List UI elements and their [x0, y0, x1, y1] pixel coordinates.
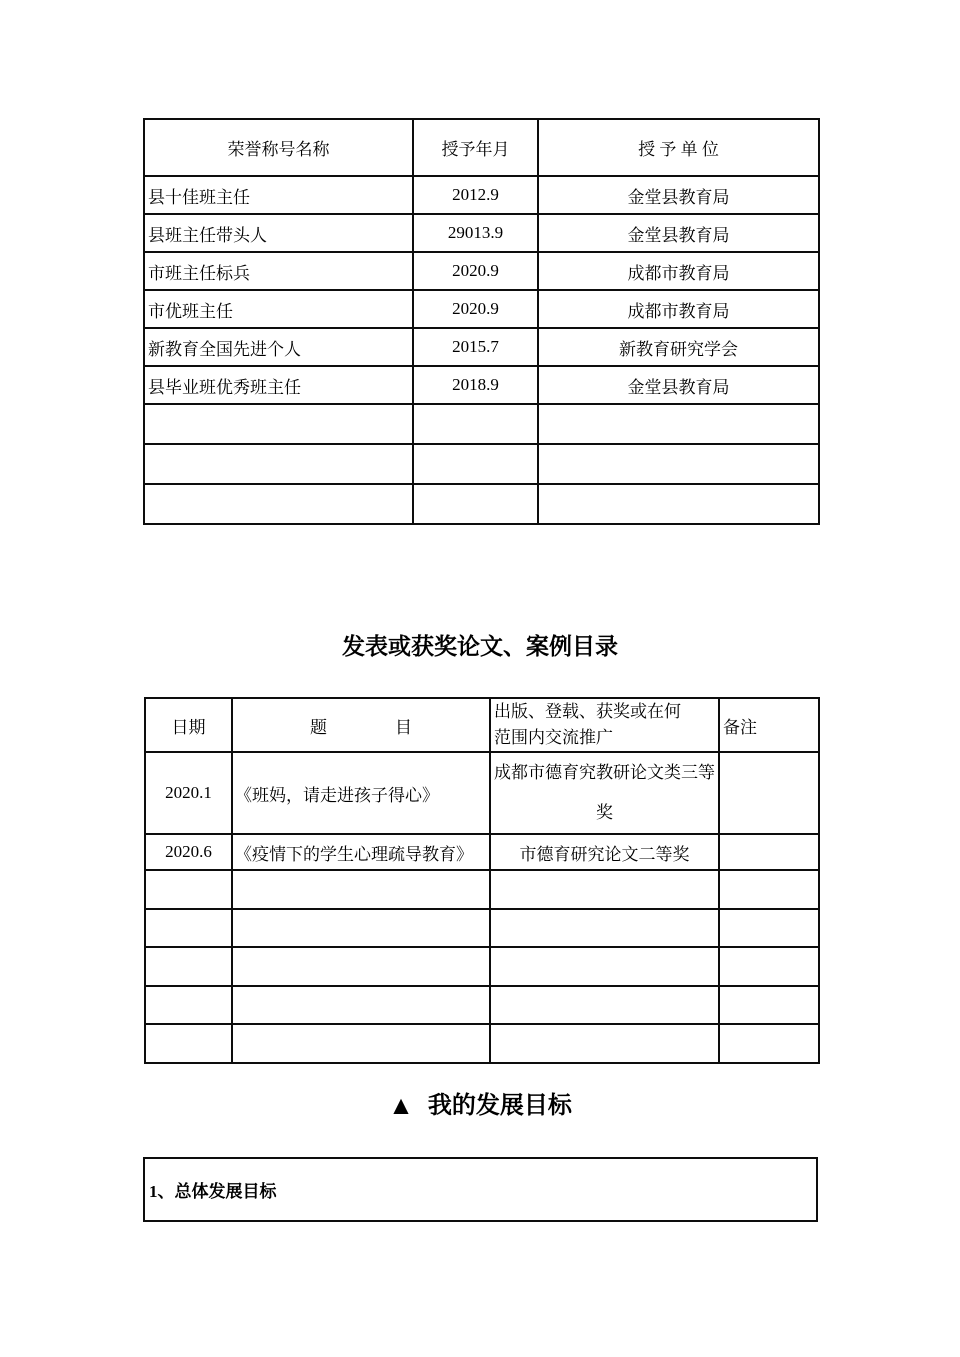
honor-date: 29013.9 [413, 214, 538, 252]
honors-table-header-row: 荣誉称号名称 授予年月 授 予 单 位 [144, 119, 819, 176]
paper-award [490, 947, 719, 986]
honor-unit [538, 484, 819, 524]
papers-header-title: 题 目 [232, 698, 490, 752]
table-row [144, 404, 819, 444]
papers-table-header-row: 日期 题 目 出版、登载、获奖或在何 范围内交流推广 备注 [145, 698, 819, 752]
honor-unit: 金堂县教育局 [538, 366, 819, 404]
honor-name [144, 404, 413, 444]
goals-section-title: ▲我的发展目标 [0, 1088, 960, 1122]
honor-date: 2018.9 [413, 366, 538, 404]
paper-date [145, 947, 232, 986]
honor-name: 县十佳班主任 [144, 176, 413, 214]
paper-note [719, 870, 819, 909]
overall-goals-label: 1、总体发展目标 [149, 1177, 277, 1202]
table-row [145, 870, 819, 909]
table-row [145, 947, 819, 986]
honor-unit: 成都市教育局 [538, 290, 819, 328]
paper-title: 《疫情下的学生心理疏导教育》 [232, 834, 490, 870]
table-row [144, 484, 819, 524]
table-row: 县十佳班主任 2012.9 金堂县教育局 [144, 176, 819, 214]
honor-date [413, 404, 538, 444]
paper-date: 2020.1 [145, 752, 232, 834]
honors-header-name: 荣誉称号名称 [144, 119, 413, 176]
paper-date [145, 870, 232, 909]
paper-date [145, 1024, 232, 1063]
paper-note [719, 909, 819, 948]
paper-note [719, 947, 819, 986]
paper-award [490, 870, 719, 909]
paper-title [232, 870, 490, 909]
honors-table: 荣誉称号名称 授予年月 授 予 单 位 县十佳班主任 2012.9 金堂县教育局… [143, 118, 820, 525]
paper-note [719, 834, 819, 870]
table-row: 县班主任带头人 29013.9 金堂县教育局 [144, 214, 819, 252]
honor-unit [538, 444, 819, 484]
paper-title [232, 909, 490, 948]
overall-goals-box: 1、总体发展目标 [143, 1157, 818, 1222]
paper-title [232, 947, 490, 986]
table-row: 2020.6 《疫情下的学生心理疏导教育》 市德育研究论文二等奖 [145, 834, 819, 870]
honor-name: 县毕业班优秀班主任 [144, 366, 413, 404]
honor-date: 2015.7 [413, 328, 538, 366]
paper-award: 成都市德育究教研论文类三等 奖 [490, 752, 719, 834]
table-row: 新教育全国先进个人 2015.7 新教育研究学会 [144, 328, 819, 366]
paper-date [145, 986, 232, 1025]
table-row [145, 986, 819, 1025]
table-row [144, 444, 819, 484]
paper-award [490, 986, 719, 1025]
honor-name [144, 444, 413, 484]
honors-header-unit: 授 予 单 位 [538, 119, 819, 176]
honor-name: 新教育全国先进个人 [144, 328, 413, 366]
papers-header-award: 出版、登载、获奖或在何 范围内交流推广 [490, 698, 719, 752]
honor-name: 市优班主任 [144, 290, 413, 328]
paper-note [719, 1024, 819, 1063]
honor-date: 2020.9 [413, 290, 538, 328]
honor-date [413, 484, 538, 524]
paper-award [490, 1024, 719, 1063]
paper-note [719, 986, 819, 1025]
paper-title [232, 986, 490, 1025]
honor-unit: 金堂县教育局 [538, 176, 819, 214]
honor-date [413, 444, 538, 484]
paper-title [232, 1024, 490, 1063]
honor-date: 2020.9 [413, 252, 538, 290]
paper-note [719, 752, 819, 834]
table-row: 2020.1 《班妈，请走进孩子得心》 成都市德育究教研论文类三等 奖 [145, 752, 819, 834]
honor-unit: 金堂县教育局 [538, 214, 819, 252]
paper-date [145, 909, 232, 948]
honor-name: 县班主任带头人 [144, 214, 413, 252]
table-row [145, 909, 819, 948]
goals-title-text: 我的发展目标 [428, 1093, 572, 1119]
honor-unit: 新教育研究学会 [538, 328, 819, 366]
papers-section-title: 发表或获奖论文、案例目录 [0, 632, 960, 662]
honor-unit [538, 404, 819, 444]
paper-date: 2020.6 [145, 834, 232, 870]
paper-award [490, 909, 719, 948]
table-row [145, 1024, 819, 1063]
papers-header-date: 日期 [145, 698, 232, 752]
triangle-icon: ▲ [388, 1089, 414, 1123]
honor-name [144, 484, 413, 524]
papers-header-note: 备注 [719, 698, 819, 752]
table-row: 市优班主任 2020.9 成都市教育局 [144, 290, 819, 328]
honor-date: 2012.9 [413, 176, 538, 214]
table-row: 市班主任标兵 2020.9 成都市教育局 [144, 252, 819, 290]
honor-name: 市班主任标兵 [144, 252, 413, 290]
honor-unit: 成都市教育局 [538, 252, 819, 290]
paper-award: 市德育研究论文二等奖 [490, 834, 719, 870]
document-page: 荣誉称号名称 授予年月 授 予 单 位 县十佳班主任 2012.9 金堂县教育局… [0, 0, 960, 1357]
table-row: 县毕业班优秀班主任 2018.9 金堂县教育局 [144, 366, 819, 404]
papers-table: 日期 题 目 出版、登载、获奖或在何 范围内交流推广 备注 2020.1 《班妈… [144, 697, 820, 1064]
honors-header-date: 授予年月 [413, 119, 538, 176]
paper-title: 《班妈，请走进孩子得心》 [232, 752, 490, 834]
